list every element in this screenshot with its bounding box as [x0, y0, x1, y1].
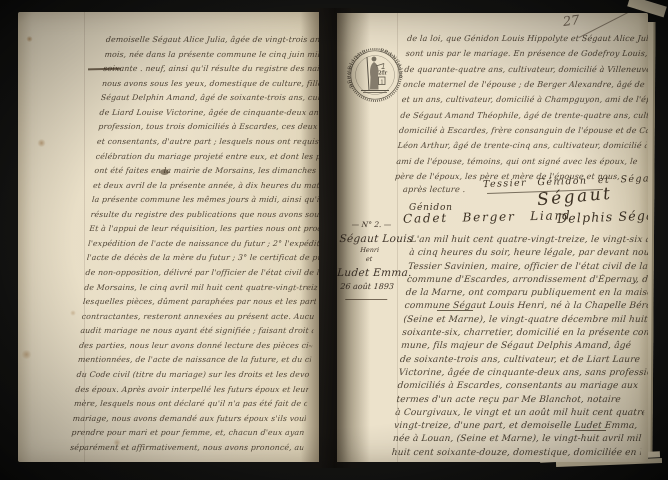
- manuscript-line: séparément et affirmativement, nous avon…: [70, 441, 304, 456]
- manuscript-line: à cinq heures du soir, heure légale, par…: [409, 247, 648, 260]
- left-page-manuscript-text: demoiselle Ségaut Alice Julia, âgée de v…: [70, 33, 319, 455]
- margin-conjunction: et: [338, 255, 401, 263]
- manuscript-line: à Courgivaux, le vingt et un août mil hu…: [395, 407, 645, 420]
- act2-margin-note: — N° 2. — Ségaut Louis Henri et Ludet Em…: [337, 220, 403, 300]
- name-underline: [575, 430, 606, 431]
- manuscript-line: L'an mil huit cent quatre-vingt-treize, …: [410, 234, 648, 247]
- manuscript-line: Tessier Savinien, maire, officier de l'é…: [407, 261, 648, 274]
- foxing-stain: [21, 350, 32, 359]
- manuscript-line: et un ans, cultivateur, domicilié à Cham…: [401, 92, 648, 107]
- manuscript-line: vingt-treize, d'une part, et demoiselle …: [393, 420, 643, 433]
- manuscript-line: nous avons sous les yeux, domestique de …: [101, 77, 319, 92]
- manuscript-line: née à Louan, (Seine et Marne), le vingt-…: [392, 433, 642, 446]
- manuscript-line: commune Ségaut Louis Henri, né à la Chap…: [404, 300, 648, 313]
- manuscript-line: demoiselle Ségaut Alice Julia, âgée de v…: [105, 33, 319, 48]
- manuscript-line: de la loi, que Génidon Louis Hippolyte e…: [406, 31, 648, 46]
- manuscript-line: mère, lesquels nous ont déclaré qu'il n'…: [73, 397, 307, 412]
- manuscript-line: soixante . neuf, ainsi qu'il résulte du …: [103, 62, 319, 77]
- act-number: — N° 2. —: [340, 220, 403, 229]
- foxing-stain: [70, 310, 76, 316]
- margin-groom-name: Ségaut Louis: [339, 233, 402, 245]
- manuscript-line: prendre pour mari et pour femme, et, cha…: [71, 426, 305, 441]
- manuscript-line: profession, tous trois domiciliés à Esca…: [98, 120, 319, 135]
- margin-rule: [345, 299, 387, 300]
- margin-bride-name: Ludet Emma.: [337, 267, 400, 279]
- manuscript-line: la présente commune les mêmes jours à mi…: [91, 193, 319, 208]
- republique-francaise-stamp-seal-icon: RÉPUBLIQUE FRANÇAISE 2fr 1: [347, 46, 403, 104]
- manuscript-line: oncle maternel de l'épouse ; de Berger A…: [402, 77, 648, 92]
- manuscript-line: Léon Arthur, âgé de trente-cinq ans, cul…: [397, 138, 647, 153]
- manuscript-line: contractantes, resteront annexées au pré…: [81, 310, 315, 325]
- ink-blot: [160, 169, 169, 175]
- manuscript-line: commune d'Escardes, arrondissement d'Épe…: [406, 274, 648, 287]
- manuscript-line: l'acte de décès de la mère du futur ; 3°…: [86, 251, 319, 266]
- manuscript-line: (Seine et Marne), le vingt-quatre décemb…: [403, 314, 648, 327]
- act1-closing-line: après lecture .: [403, 184, 466, 194]
- manuscript-line: mune, fils majeur de Ségaut Delphis Aman…: [400, 340, 648, 353]
- manuscript-line: Victorine, âgée de cinquante-deux ans, s…: [398, 367, 648, 380]
- register-right-page: 27 RÉPUBLIQUE FRANÇAISE 2fr: [337, 13, 648, 462]
- manuscript-line: résulte du registre des publications que…: [90, 208, 319, 223]
- manuscript-line: du Code civil (titre du mariage) sur les…: [76, 368, 310, 383]
- manuscript-line: mariage, nous avons demandé aux futurs é…: [72, 412, 306, 427]
- manuscript-line: des parties, nous leur avons donné lectu…: [78, 339, 312, 354]
- manuscript-line: et consentants, d'autre part ; lesquels …: [96, 135, 319, 150]
- manuscript-line: sont unis par le mariage. En présence de…: [405, 46, 648, 61]
- manuscript-line: de non-opposition, délivré par l'officie…: [85, 266, 319, 281]
- manuscript-line: termes d'un acte reçu par Me Blanchot, n…: [396, 394, 646, 407]
- manuscript-line: ont été faites en la mairie de Morsains,…: [94, 164, 319, 179]
- name-underline: [437, 310, 473, 311]
- manuscript-line: mois, née dans la présente commune le ci…: [104, 48, 319, 63]
- manuscript-line: de Ségaut Amand Théophile, âgé de trente…: [400, 108, 648, 123]
- page-number-annotation: 27: [562, 13, 580, 30]
- manuscript-line: l'expédition de l'acte de naissance du f…: [87, 237, 319, 252]
- manuscript-line: et deux avril de la présente année, à di…: [92, 179, 319, 194]
- manuscript-line: audit mariage ne nous ayant été signifié…: [80, 324, 314, 339]
- manuscript-line: des époux. Après avoir interpellé les fu…: [75, 383, 309, 398]
- manuscript-line: de la Marne, ont comparu publiquement en…: [405, 287, 648, 300]
- manuscript-line: domiciliés à Escardes, consentants au ma…: [397, 380, 647, 393]
- manuscript-line: de soixante-trois ans, cultivateur, et d…: [399, 354, 648, 367]
- manuscript-line: soixante-six, charretier, domicilié en l…: [402, 327, 648, 340]
- foxing-stain: [37, 139, 46, 147]
- stamp-value-mark: 1: [380, 79, 384, 85]
- manuscript-line: de quarante-quatre ans, cultivateur, dom…: [404, 62, 648, 77]
- scanned-register-photo: demoiselle Ségaut Alice Julia, âgée de v…: [0, 0, 668, 480]
- signature-father: Delphis Ségaut: [557, 207, 648, 226]
- foxing-stain: [26, 36, 33, 42]
- manuscript-line: de Morsains, le cinq avril mil huit cent…: [84, 281, 318, 296]
- manuscript-line: ami de l'épouse, témoins, qui ont signé …: [396, 154, 646, 169]
- signature-witnesses: Cadet Berger Liard: [403, 208, 572, 226]
- manuscript-line: huit cent soixante-douze, domestique, do…: [391, 447, 641, 460]
- act2-manuscript-text: L'an mil huit cent quatre-vingt-treize, …: [391, 234, 648, 460]
- act1-manuscript-text: de la loi, que Génidon Louis Hippolyte e…: [394, 31, 648, 184]
- manuscript-line: Et à l'appui de leur réquisition, les pa…: [89, 222, 319, 237]
- margin-date: 26 août 1893: [337, 282, 398, 291]
- register-left-page: demoiselle Ségaut Alice Julia, âgée de v…: [18, 12, 319, 462]
- manuscript-line: Ségaut Delphin Amand, âgé de soixante-tr…: [100, 91, 319, 106]
- manuscript-line: de Liard Louise Victorine, âgée de cinqu…: [99, 106, 319, 121]
- manuscript-line: lesquelles pièces, dûment paraphées par …: [82, 295, 316, 310]
- manuscript-line: célébration du mariage projeté entre eux…: [95, 150, 319, 165]
- manuscript-line: domicilié à Escardes, frère consanguin d…: [398, 123, 648, 138]
- manuscript-line: mentionnées, de l'acte de naissance de l…: [77, 353, 311, 368]
- stamp-denomination: 2fr: [378, 71, 387, 77]
- margin-groom-name2: Henri: [338, 246, 401, 254]
